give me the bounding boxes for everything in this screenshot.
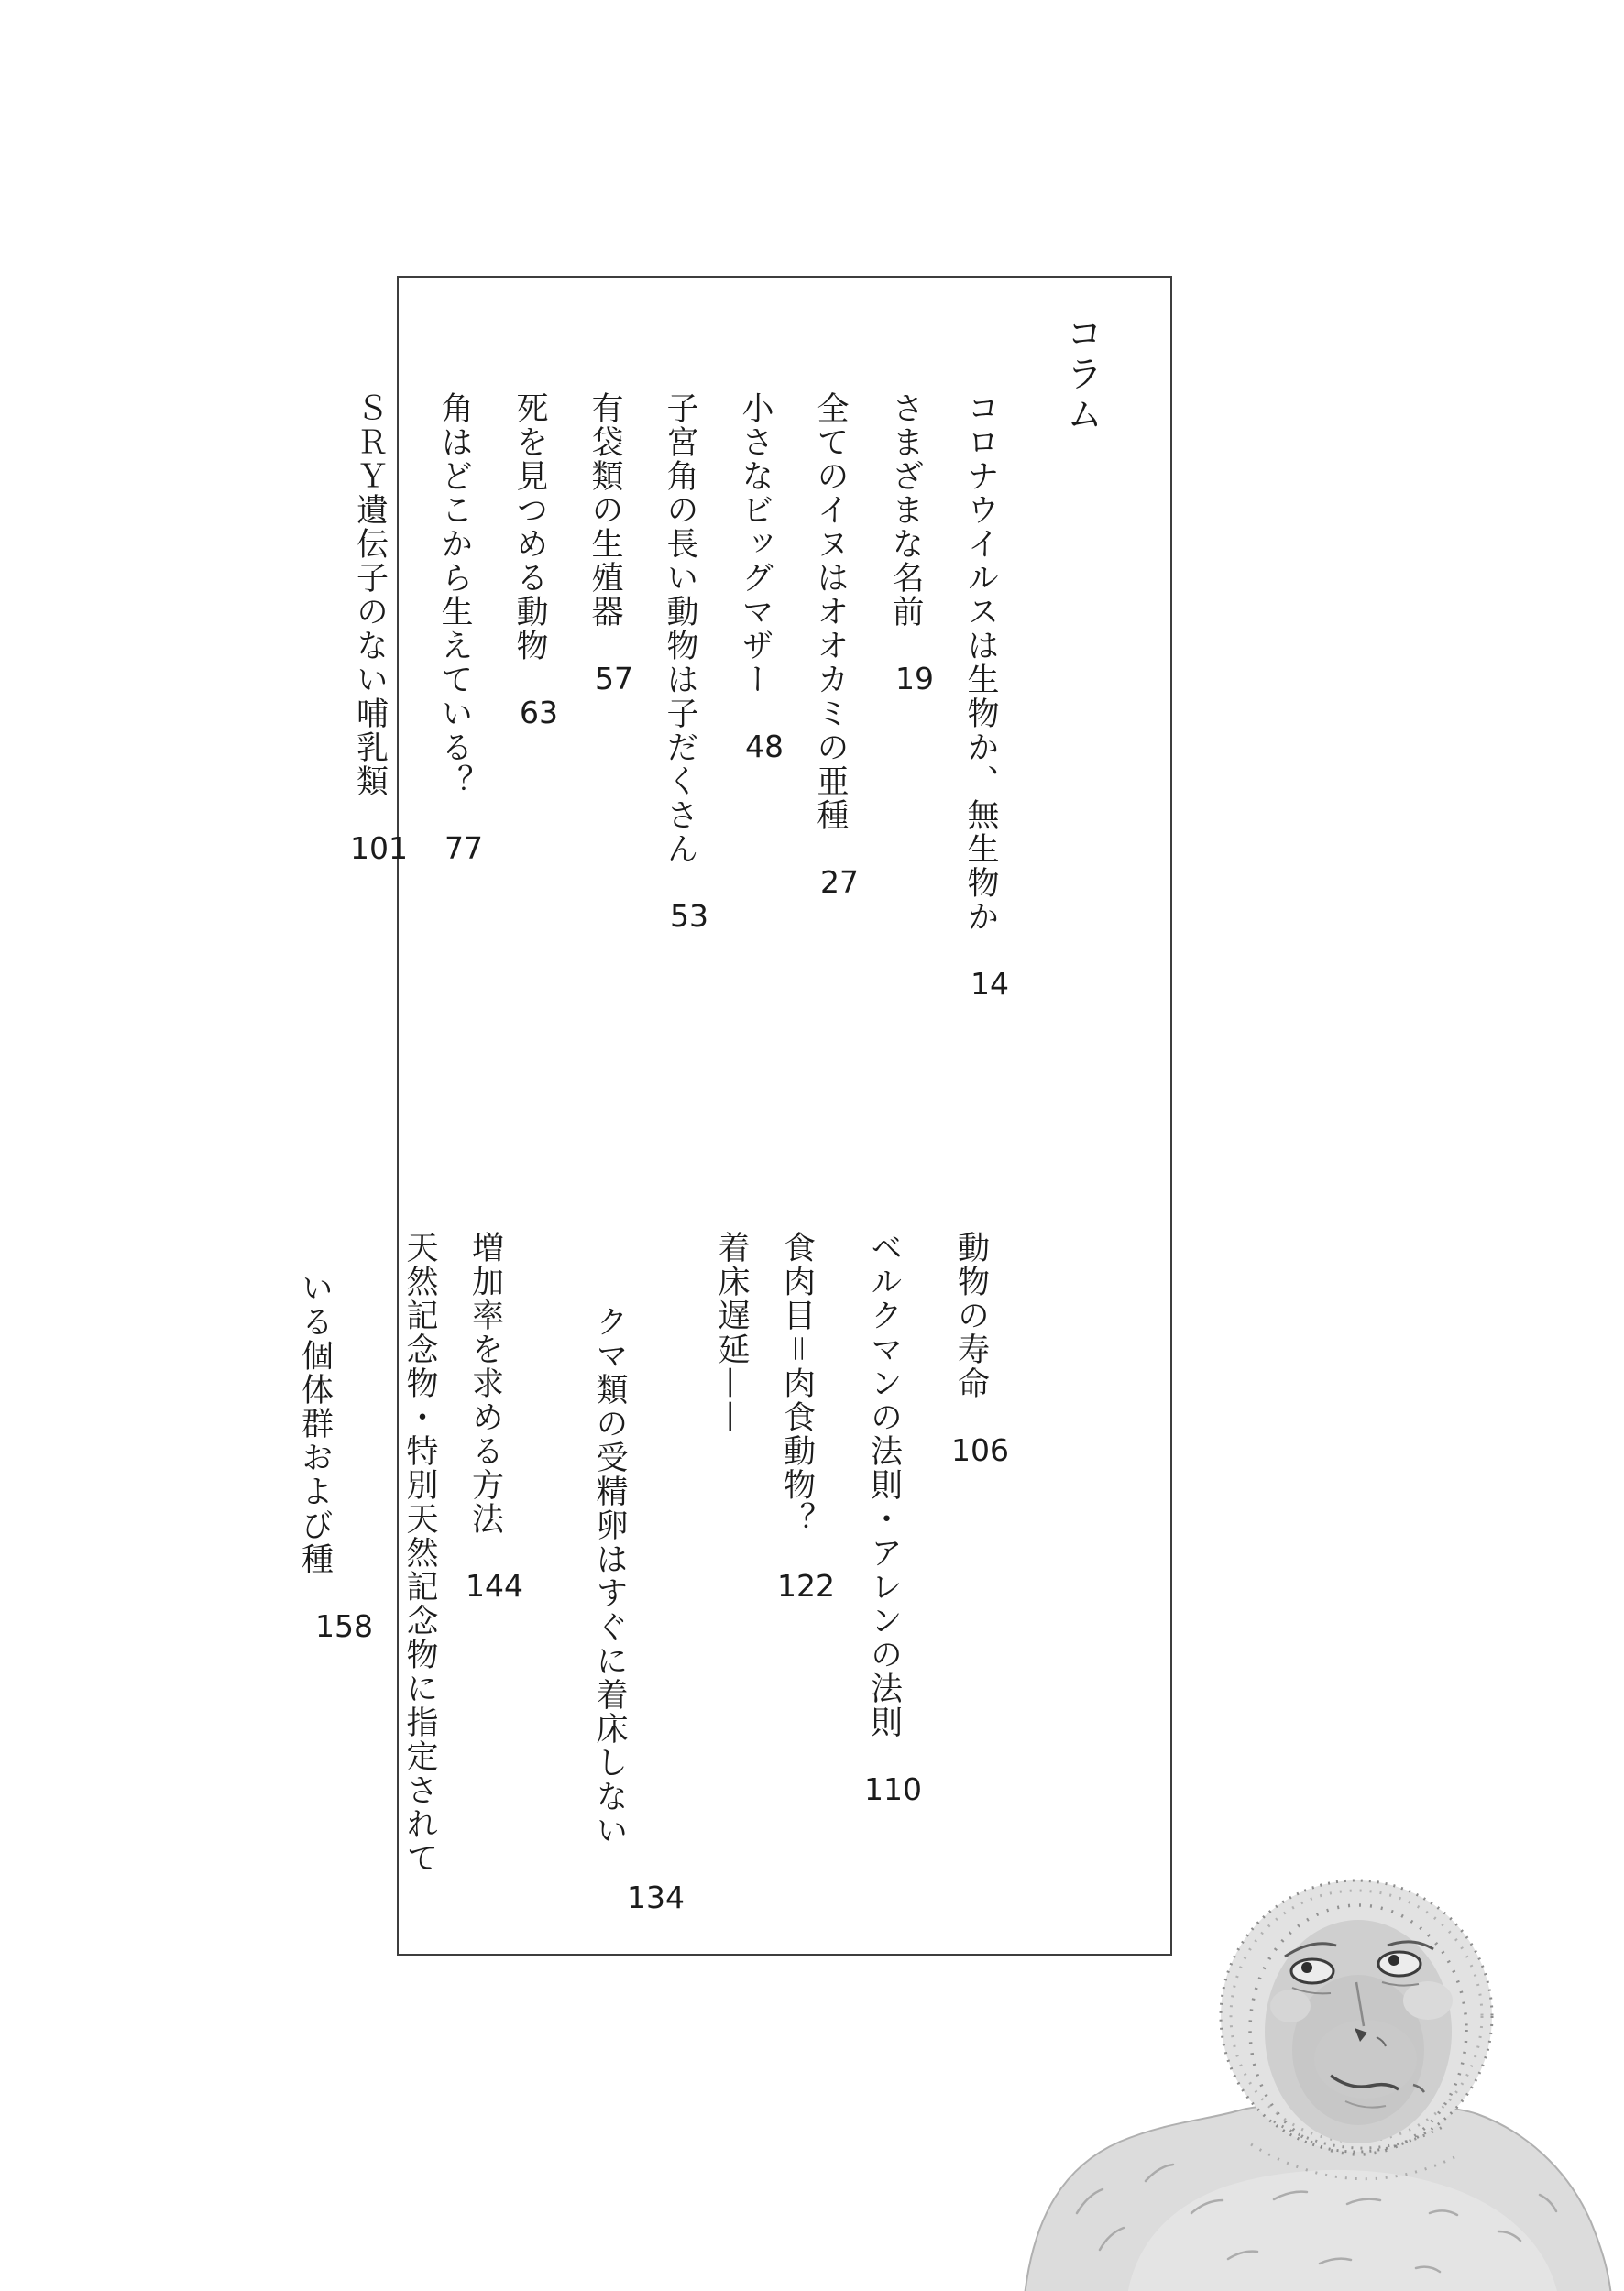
toc-entry-title: 有袋類の生殖器 (587, 391, 623, 629)
page-number: 122 (777, 1571, 835, 1601)
toc-entry-title: ＳＲＹ遺伝子のない哺乳類 (352, 391, 389, 798)
page-number: 19 (895, 663, 934, 694)
page-number: 14 (971, 969, 1009, 999)
toc-entry-line-1: 着床遅延—— (714, 1231, 748, 1946)
page: コラム コロナウイルスは生物か、無生物か14 さまざまな名前19 全てのイヌはオ… (0, 0, 1624, 2291)
page-number: 144 (466, 1571, 523, 1601)
toc-entry-title: 天然記念物・特別天然記念物に指定されて (401, 1231, 438, 1875)
toc-entry-subtitle: クマ類の受精卵はすぐに着床しない (591, 1305, 628, 1847)
toc-entry-title: 角はどこから生えている？ (436, 391, 473, 798)
toc-entry-title: コロナウイルスは生物か、無生物か (962, 391, 999, 934)
page-number: 57 (595, 663, 633, 694)
toc-entry-continuation: いる個体群および種 (297, 1271, 334, 1576)
toc-section-2: 動物の寿命106 ベルクマンの法則・アレンの法則110 食肉目＝肉食動物？122… (246, 1231, 1009, 1946)
toc-entry: ベルクマンの法則・アレンの法則110 (864, 1231, 922, 1946)
page-number: 48 (745, 731, 784, 762)
page-number: 110 (864, 1774, 922, 1804)
page-number: 101 (350, 833, 408, 863)
page-number: 106 (951, 1435, 1009, 1465)
page-number: 77 (444, 833, 483, 863)
toc-box: コラム コロナウイルスは生物か、無生物か14 さまざまな名前19 全てのイヌはオ… (397, 276, 1172, 1956)
page-number: 158 (275, 1611, 373, 1641)
toc-entry-title: 死を見つめる動物 (511, 391, 548, 663)
toc-entry-title: 食肉目＝肉食動物？ (779, 1231, 816, 1536)
page-number: 63 (520, 697, 558, 728)
page-number: 134 (553, 1882, 685, 1913)
macaque-illustration (999, 1819, 1622, 2291)
toc-entry-title: 増加率を求める方法 (467, 1231, 504, 1536)
toc-entry-title: 動物の寿命 (953, 1231, 990, 1400)
toc-entry-title: 小さなビッグマザー (737, 391, 774, 696)
toc-entry-title: 着床遅延—— (713, 1231, 750, 1434)
toc-entry-line-2: クマ類の受精卵はすぐに着床しない134 (553, 1231, 685, 1946)
toc-entry-line-2: いる個体群および種158 (275, 1231, 373, 1946)
toc-entry-title: 子宮角の長い動物は子だくさん (662, 391, 698, 866)
page-number: 53 (670, 901, 708, 931)
toc-entry-title: 全てのイヌはオオカミの亜種 (812, 391, 849, 832)
page-number: 27 (820, 867, 859, 897)
toc-entry: 増加率を求める方法144 (466, 1231, 523, 1946)
toc-entry-title: さまざまな名前 (887, 391, 924, 629)
toc-entry-line-1: 天然記念物・特別天然記念物に指定されて (402, 1231, 436, 1946)
page-title: コラム (1056, 314, 1108, 435)
toc-entry: 食肉目＝肉食動物？122 (777, 1231, 835, 1946)
toc-entry-title: ベルクマンの法則・アレンの法則 (866, 1231, 903, 1739)
